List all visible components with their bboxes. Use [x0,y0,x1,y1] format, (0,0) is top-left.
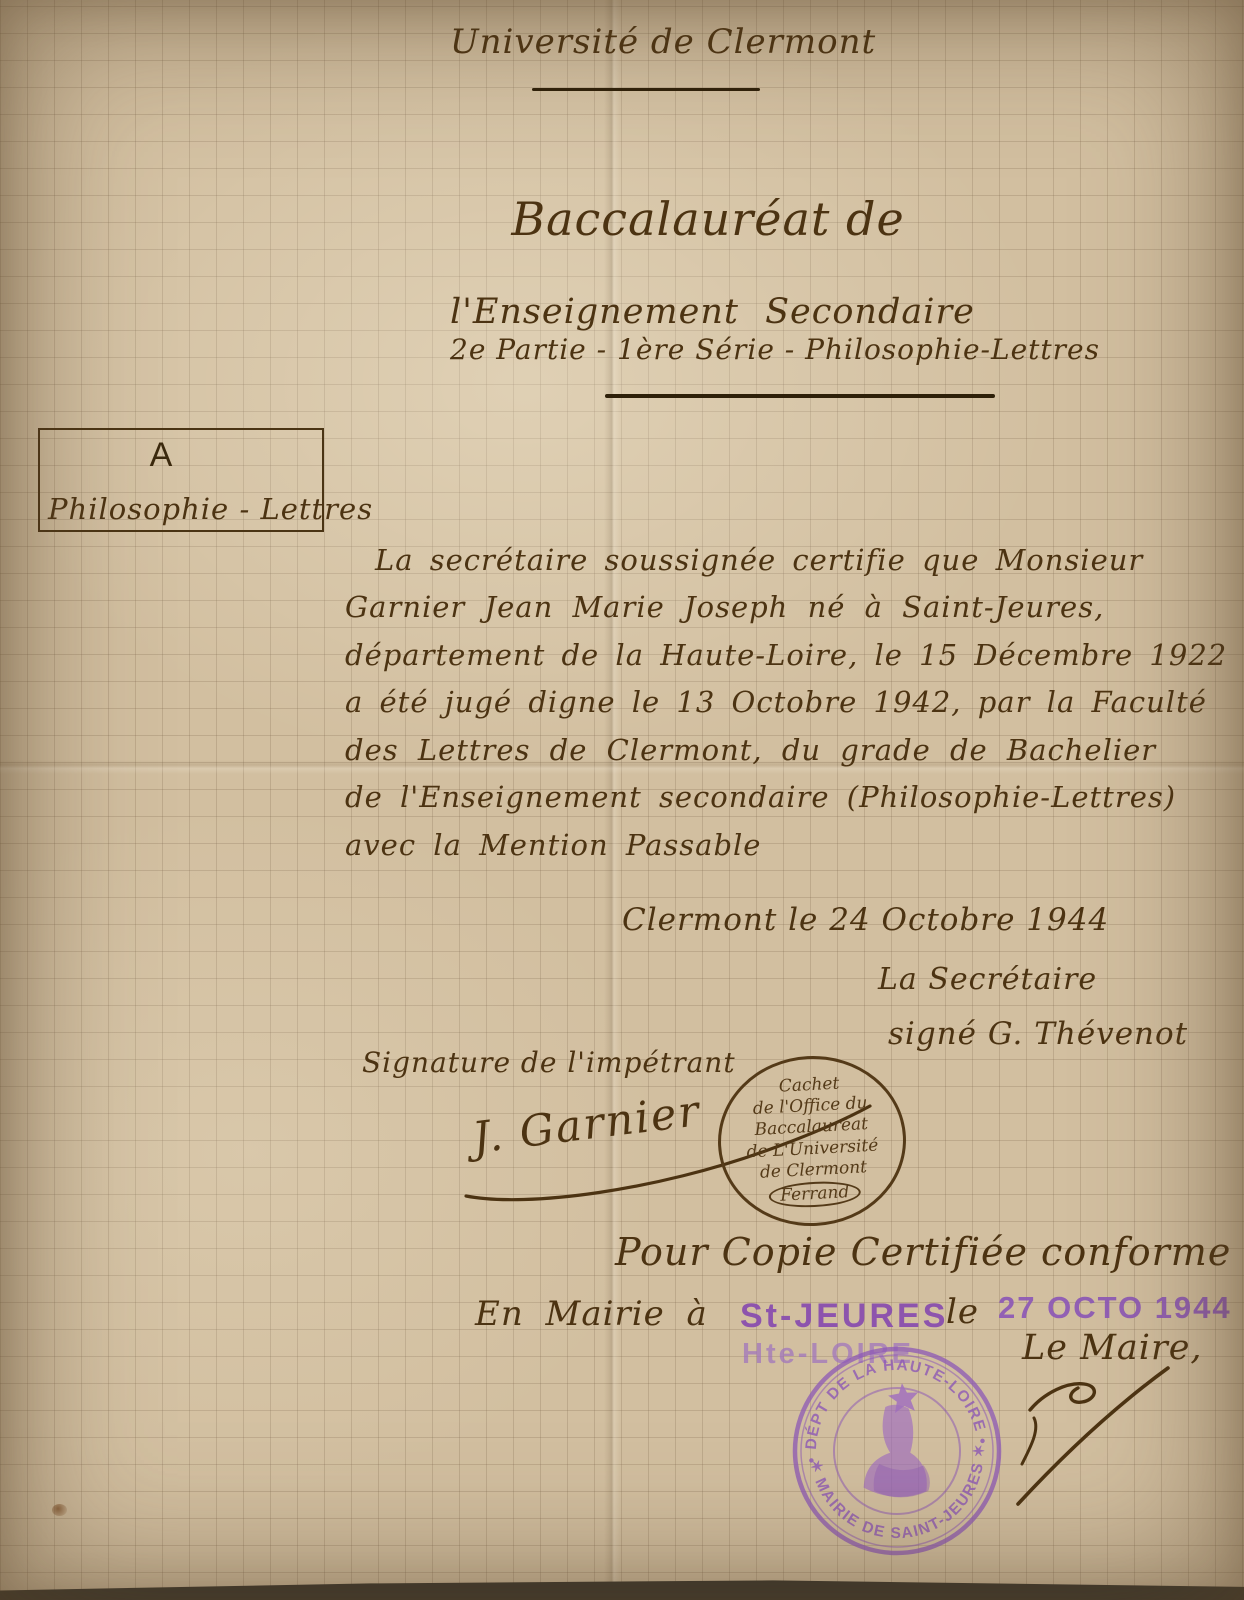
body-line: a été jugé digne le 13 Octobre 1942, par… [345,685,1207,719]
body-line: des Lettres de Clermont, du grade de Bac… [345,733,1156,767]
certificate-document: Université de Clermont Baccalauréat de l… [0,0,1244,1600]
applicant-signature-label: Signature de l'impétrant [362,1046,736,1079]
ink-spot [52,1504,67,1516]
date-stamp: 27 OCTO 1944 [998,1290,1232,1326]
en-mairie-text: En Mairie à [475,1294,708,1334]
copy-certified-line: Pour Copie Certifiée conforme [615,1230,1231,1274]
town-name-stamp: St-JEURES [740,1297,948,1336]
cachet-line: Ferrand [769,1180,861,1210]
subtitle-rule [605,394,995,398]
series-letter: A [40,436,282,475]
secretary-role: La Secrétaire [878,962,1097,997]
institution-title: Université de Clermont [450,22,870,62]
series-line: 2e Partie - 1ère Série - Philosophie-Let… [445,333,1105,366]
mairie-round-stamp: • DÉPT DE LA HAUTE-LOIRE • ✶ MAIRIE DE S… [779,1333,1014,1568]
secretary-signed: signé G. Thévenot [888,1016,1188,1052]
cachet-line: de Clermont [759,1157,867,1184]
body-line: département de la Haute-Loire, le 15 Déc… [345,638,1227,672]
body-line: de l'Enseignement secondaire (Philosophi… [345,780,1176,814]
dateline: Clermont le 24 Octobre 1944 [622,902,1109,938]
body-line: La secrétaire soussignée certifie que Mo… [375,543,1143,577]
title-rule [532,88,760,91]
body-line: Garnier Jean Marie Joseph né à Saint-Jeu… [345,590,1104,624]
diploma-title: Baccalauréat de [490,192,926,246]
photo-bottom-edge [0,1572,1244,1600]
series-box: A Philosophie - Lettres [38,428,324,532]
mayor-signature [1000,1352,1190,1522]
diploma-subtitle: l'Enseignement Secondaire [450,292,920,332]
le-word: le [946,1292,979,1332]
series-label: Philosophie - Lettres [48,492,373,526]
body-line: avec la Mention Passable [345,828,761,862]
